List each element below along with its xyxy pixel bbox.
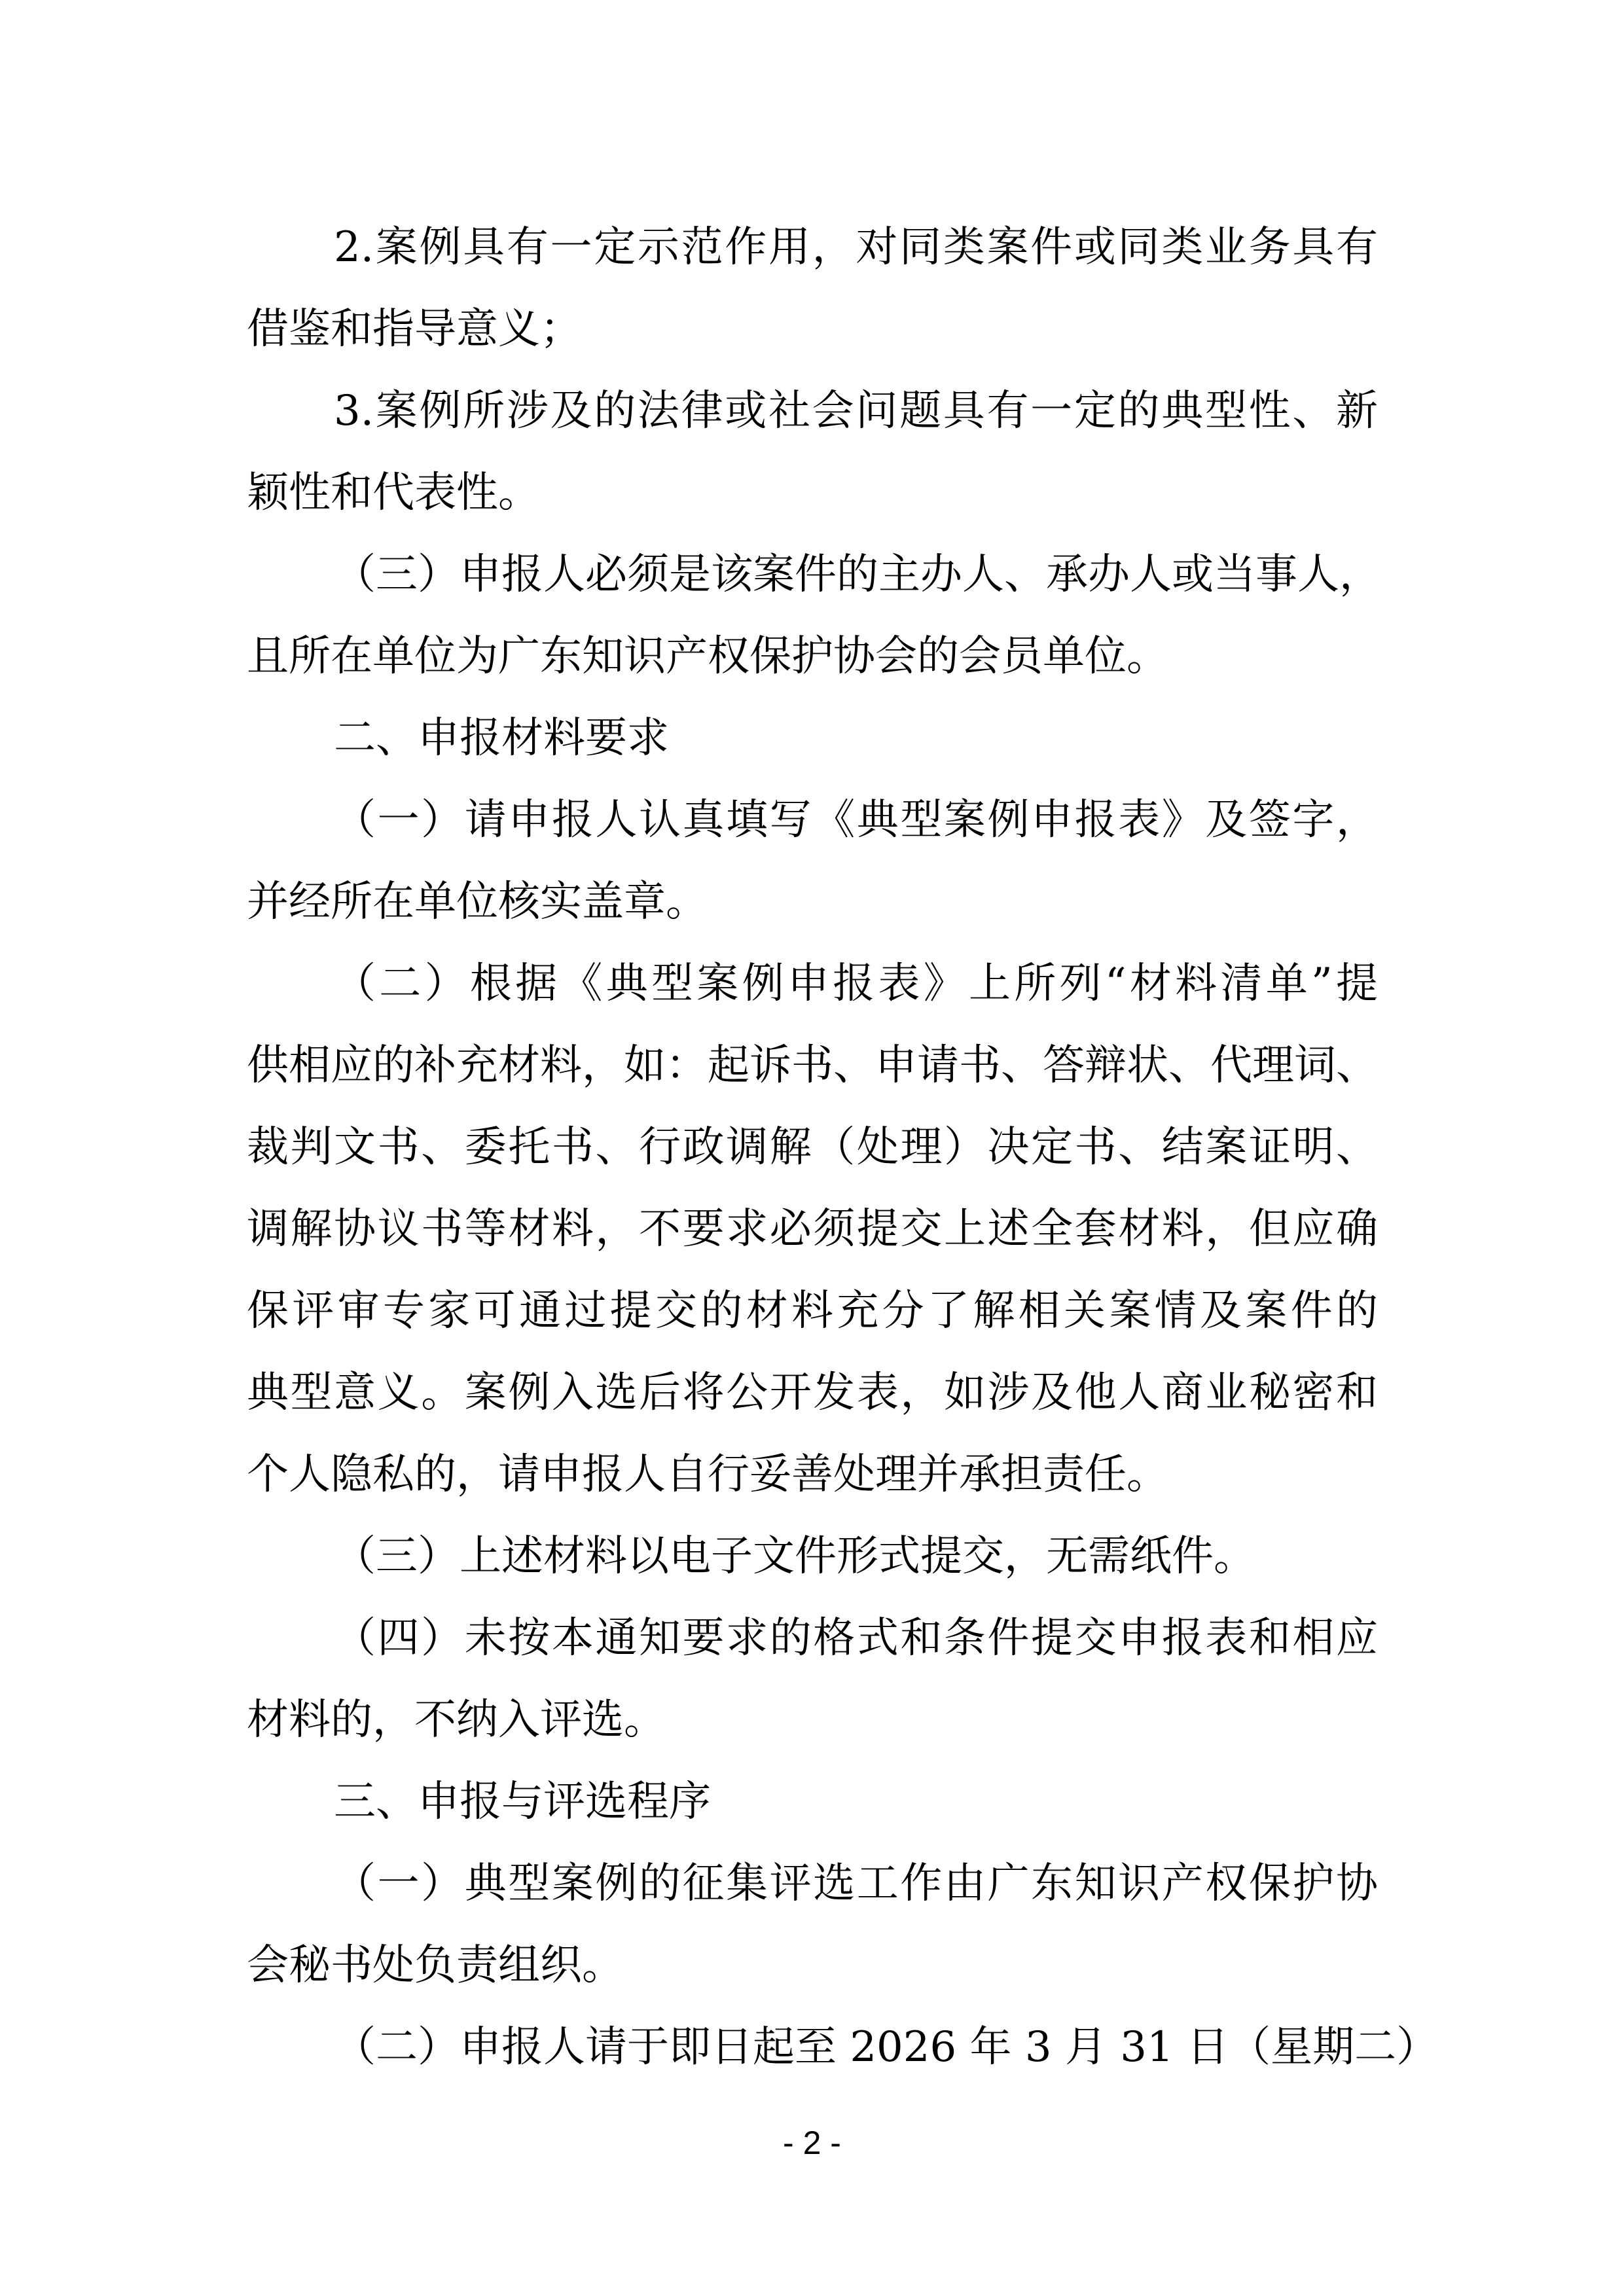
body-text-line: 保评审专家可通过提交的材料充分了解相关案情及案件的 [247,1270,1378,1352]
body-text-line: 借鉴和指导意义； [247,289,1378,370]
body-text-line: 供相应的补充材料，如：起诉书、申请书、答辩状、代理词、 [247,1025,1378,1107]
section-heading: 三、申报与评选程序 [334,1761,1378,1843]
body-text-line: 调解协议书等材料，不要求必须提交上述全套材料，但应确 [247,1189,1378,1270]
body-text-line: 裁判文书、委托书、行政调解（处理）决定书、结案证明、 [247,1107,1378,1189]
body-text-line: （一）请申报人认真填写《典型案例申报表》及签字， [334,780,1378,861]
body-text-line: （二）申报人请于即日起至 2026 年 3 月 31 日（星期二） [334,2007,1378,2089]
body-text-line: 并经所在单位核实盖章。 [247,861,1378,943]
body-text-line: 且所在单位为广东知识产权保护协会的会员单位。 [247,616,1378,698]
body-text-line: 个人隐私的，请申报人自行妥善处理并承担责任。 [247,1434,1378,1516]
document-page: 2.案例具有一定示范作用，对同类案件或同类业务具有借鉴和指导意义；3.案例所涉及… [0,0,1624,2296]
section-heading: 二、申报材料要求 [334,698,1378,780]
body-text-line: 颖性和代表性。 [247,452,1378,534]
body-text-line: 会秘书处负责组织。 [247,1925,1378,2007]
body-text-line: 3.案例所涉及的法律或社会问题具有一定的典型性、新 [334,370,1378,452]
body-text-line: （二）根据《典型案例申报表》上所列“材料清单”提 [334,943,1378,1025]
body-text-line: （三）上述材料以电子文件形式提交，无需纸件。 [334,1516,1378,1598]
page-number: - 2 - [0,2124,1624,2162]
body-text-line: 2.案例具有一定示范作用，对同类案件或同类业务具有 [334,207,1378,289]
body-text-line: （四）未按本通知要求的格式和条件提交申报表和相应 [334,1598,1378,1679]
body-text-line: （三）申报人必须是该案件的主办人、承办人或当事人， [334,534,1378,616]
body-text-line: （一）典型案例的征集评选工作由广东知识产权保护协 [334,1843,1378,1925]
body-text-line: 典型意义。案例入选后将公开发表，如涉及他人商业秘密和 [247,1352,1378,1434]
body-text-line: 材料的，不纳入评选。 [247,1679,1378,1761]
